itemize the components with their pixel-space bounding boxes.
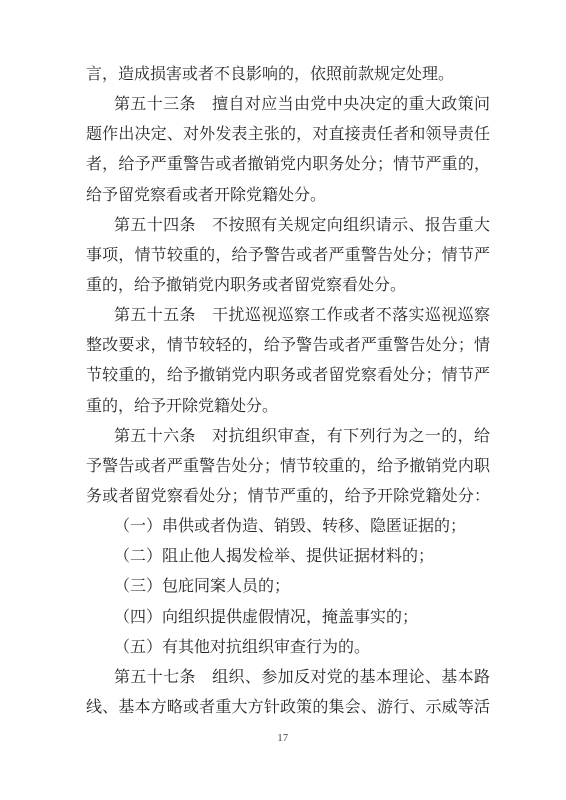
text-line: （二）阻止他人揭发检举、提供证据材料的； bbox=[86, 542, 490, 572]
text-line: 第五十五条 干扰巡视巡察工作或者不落实巡视巡察 bbox=[86, 301, 490, 331]
text-line: 整改要求，情节较轻的，给予警告或者严重警告处分；情 bbox=[86, 331, 490, 361]
text-line: （五）有其他对抗组织审查行为的。 bbox=[86, 633, 490, 663]
text-line: 重的，给予撤销党内职务或者留党察看处分。 bbox=[86, 271, 490, 301]
text-line: 第五十七条 组织、参加反对党的基本理论、基本路 bbox=[86, 663, 490, 693]
text-line: 第五十三条 擅自对应当由党中央决定的重大政策问 bbox=[86, 90, 490, 120]
text-line: 予警告或者严重警告处分；情节较重的，给予撤销党内职 bbox=[86, 452, 490, 482]
document-page: 言，造成损害或者不良影响的，依照前款规定处理。第五十三条 擅自对应当由党中央决定… bbox=[0, 0, 566, 800]
document-text-block: 言，造成损害或者不良影响的，依照前款规定处理。第五十三条 擅自对应当由党中央决定… bbox=[86, 60, 490, 723]
text-line: 线、基本方略或者重大方针政策的集会、游行、示威等活 bbox=[86, 693, 490, 723]
text-line: （三）包庇同案人员的； bbox=[86, 572, 490, 602]
text-line: 给予留党察看或者开除党籍处分。 bbox=[86, 181, 490, 211]
text-line: 第五十六条 对抗组织审查，有下列行为之一的，给 bbox=[86, 422, 490, 452]
text-line: 言，造成损害或者不良影响的，依照前款规定处理。 bbox=[86, 60, 490, 90]
text-line: 节较重的，给予撤销党内职务或者留党察看处分；情节严 bbox=[86, 361, 490, 391]
text-line: 第五十四条 不按照有关规定向组织请示、报告重大 bbox=[86, 211, 490, 241]
text-line: 事项，情节较重的，给予警告或者严重警告处分；情节严 bbox=[86, 241, 490, 271]
text-line: 重的，给予开除党籍处分。 bbox=[86, 392, 490, 422]
text-line: 题作出决定、对外发表主张的，对直接责任者和领导责任 bbox=[86, 120, 490, 150]
page-number: 17 bbox=[278, 733, 289, 744]
text-line: （四）向组织提供虚假情况，掩盖事实的； bbox=[86, 603, 490, 633]
text-line: （一）串供或者伪造、销毁、转移、隐匿证据的； bbox=[86, 512, 490, 542]
text-line: 务或者留党察看处分；情节严重的，给予开除党籍处分： bbox=[86, 482, 490, 512]
page-footer: 17 bbox=[0, 728, 566, 746]
text-line: 者，给予严重警告或者撤销党内职务处分；情节严重的， bbox=[86, 150, 490, 180]
